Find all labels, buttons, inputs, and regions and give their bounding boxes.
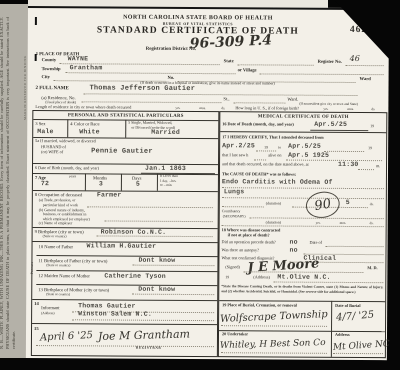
form-line [121,174,122,191]
form-line [32,323,217,325]
md-label: M. D. [367,266,377,271]
sex-value: Male [37,129,53,136]
form-line [36,255,217,257]
form-line [358,168,374,170]
form-line [331,301,332,331]
form-line [132,264,214,267]
binding-tick [35,17,37,25]
marital-value: Married [151,130,180,137]
form-line [125,120,126,138]
state-country-note: (State or country) [43,235,67,239]
full-name-label: 2 FULL NAME [35,86,68,92]
form-line [250,216,384,219]
personal-header: PERSONAL AND STATISTICAL PARTICULARS [33,113,218,119]
city-label: City [42,74,50,79]
operation-value: no [290,240,298,247]
race-label: 4 Color or Race [70,121,99,126]
year-19-label: 19 [368,146,372,150]
age-years-value: 72 [41,181,49,188]
less-than-day-label-3: or ...min. [160,184,172,188]
binding-margin-note: MARGIN RESERVED FOR BINDING [23,16,27,120]
date-of-death-label: 16 Date of Death (month, day, and year) [222,122,294,127]
form-line [220,131,386,133]
form-line [326,245,384,247]
st-label: St., [223,96,229,101]
form-line [260,72,384,75]
form-line [222,196,384,199]
filed-number: 15 [34,326,39,331]
death-occurred-label: and that death occurred, on the date sta… [222,162,309,167]
informant-label: Informant [41,305,59,310]
form-line [105,219,213,222]
attended-to-value: Apr.5/25 [288,144,321,151]
occupation-c-label: (c) Name of employer [39,221,73,225]
physician-address-label: (Address) [253,275,270,280]
form-line [32,299,217,301]
autopsy-value: no [289,248,297,255]
state-label: State [224,58,234,63]
form-line [36,344,214,347]
medical-certificate-box: MEDICAL CERTIFICATE OF DEATH 16 Date of … [218,111,387,358]
form-line [221,324,327,327]
dob-label: 6 Date of Birth (month, day, and year) [35,166,99,171]
mother-name-label: 12 Maiden Name of Mother [38,273,90,278]
attended-from-value: Apr.2/25 [222,143,255,150]
cause-code-value: 90 [314,197,332,213]
burial-place-handwriting: Wolfscrape Township [220,310,328,325]
registrar-label: REGISTRAR [136,347,162,351]
burial-date-label: Date of Burial [335,304,360,309]
year-19-label: 19 [264,145,268,149]
ward2-label: Ward. [287,97,298,102]
autopsy-label: Was there an autopsy? [221,248,258,253]
form-line [233,101,285,103]
form-line [83,92,357,96]
duration-ds-label: ds. [370,203,374,207]
spouse-value: Pennie Gautier [91,148,153,155]
form-line [333,352,383,354]
form-line [85,173,86,190]
village-label: or Village [238,67,257,72]
age-months-value: 3 [99,181,103,188]
undertaker-address-label: Address [335,333,350,338]
year-19-label: 19 [225,275,229,279]
mother-name-value: Catherine Tyson [104,273,166,280]
county-label: County [42,57,57,62]
street-no-label: No. [168,75,175,80]
township-label: Township [42,66,61,71]
state-country-note: (State or country) [46,293,70,297]
cause-value-line2: Lungs [224,189,245,196]
form-line [36,284,217,286]
death-time-value: 11:30 [338,161,359,168]
year-19-label: 19 [370,124,374,128]
registration-district-label: Registration District No. [146,47,196,53]
form-line [310,129,368,131]
undertaker-handwriting: Whitley, H Best Son Co [220,339,326,351]
informant-address-label: (Address) [41,312,54,316]
registrar-signature: Joe M Grantham [98,328,190,342]
form-line [254,158,266,160]
secondary-label: (SECONDARY) [223,215,246,219]
signed-label: (Signed) [225,265,239,270]
form-line [66,71,236,74]
scan-corner-shadow [334,0,392,62]
operation-label: Did an operation precede death? [222,240,276,245]
cause-value-line1: Endo Carditis with Odema Of [222,179,333,186]
certify-label: 17 I HEREBY CERTIFY, That I attended dec… [222,135,323,140]
age-years-label: years [69,175,76,179]
form-line [33,173,218,175]
form-line [97,234,213,237]
date-of-label: Date of [310,241,322,246]
ward-label: Ward [360,76,371,81]
cause-footnote: *State the Disease Causing Death, or in … [221,284,383,294]
contracted-label-2: if not at place of death? [228,233,270,238]
form-line [81,100,221,103]
burial-date-handwriting: 4/7/ '25 [336,310,375,323]
occupation-value: Farmer [97,192,122,199]
race-value: White [79,129,100,136]
form-line [67,119,68,137]
form-line [222,186,384,189]
cause-of-death-label: The CAUSE OF DEATH* was as follows: [222,172,296,177]
form-line [324,150,364,152]
registration-district-handwriting: 96-309 P.4 [190,33,273,51]
form-line [132,293,214,296]
father-name-label: 10 Name of Father [39,244,74,249]
parents-bracket-label: Parents [31,261,35,274]
filed-date-handwriting: April 6 '25 [40,331,93,343]
occupation-a-label-2: particular kind of work [43,203,78,207]
form-line [238,63,314,65]
wife-of-label: (or) WIFE of [41,150,63,155]
form-line [157,174,158,191]
undertaker-label: 20 Undertaker [222,332,248,337]
form-line [346,64,384,66]
form-line [222,205,264,207]
informant-value: Thomas Gautier [78,303,135,310]
to-label: to [278,146,281,150]
informant-number: 14 [34,301,39,306]
medical-header: MEDICAL CERTIFICATE OF DEATH [220,114,386,120]
form-line [87,205,213,208]
form-line [256,149,276,151]
alive-on-label: alive on [268,153,281,158]
personal-particulars-box: PERSONAL AND STATISTICAL PARTICULARS 3 S… [31,110,219,357]
form-line [221,351,327,354]
last-saw-label: that I last saw h [222,153,248,158]
age-days-value: 5 [136,182,140,189]
father-name-value: William H.Gautier [87,243,157,250]
form-line [72,318,214,321]
form-line [273,281,383,284]
duration-label: (duration) [266,201,281,205]
sex-label: 3 Sex [35,121,45,126]
time-m-label: m. [376,164,380,169]
date-of-death-value: Apr.5/25 [314,122,347,129]
informant-address-value: Winston Salem N.C. [78,311,152,318]
burial-place-label: 19 Place of Burial, Cremation, or remova… [222,303,297,308]
state-country-note: (State or country) [46,264,70,268]
occupation-label: 8 Occupation of deceased [35,192,82,197]
